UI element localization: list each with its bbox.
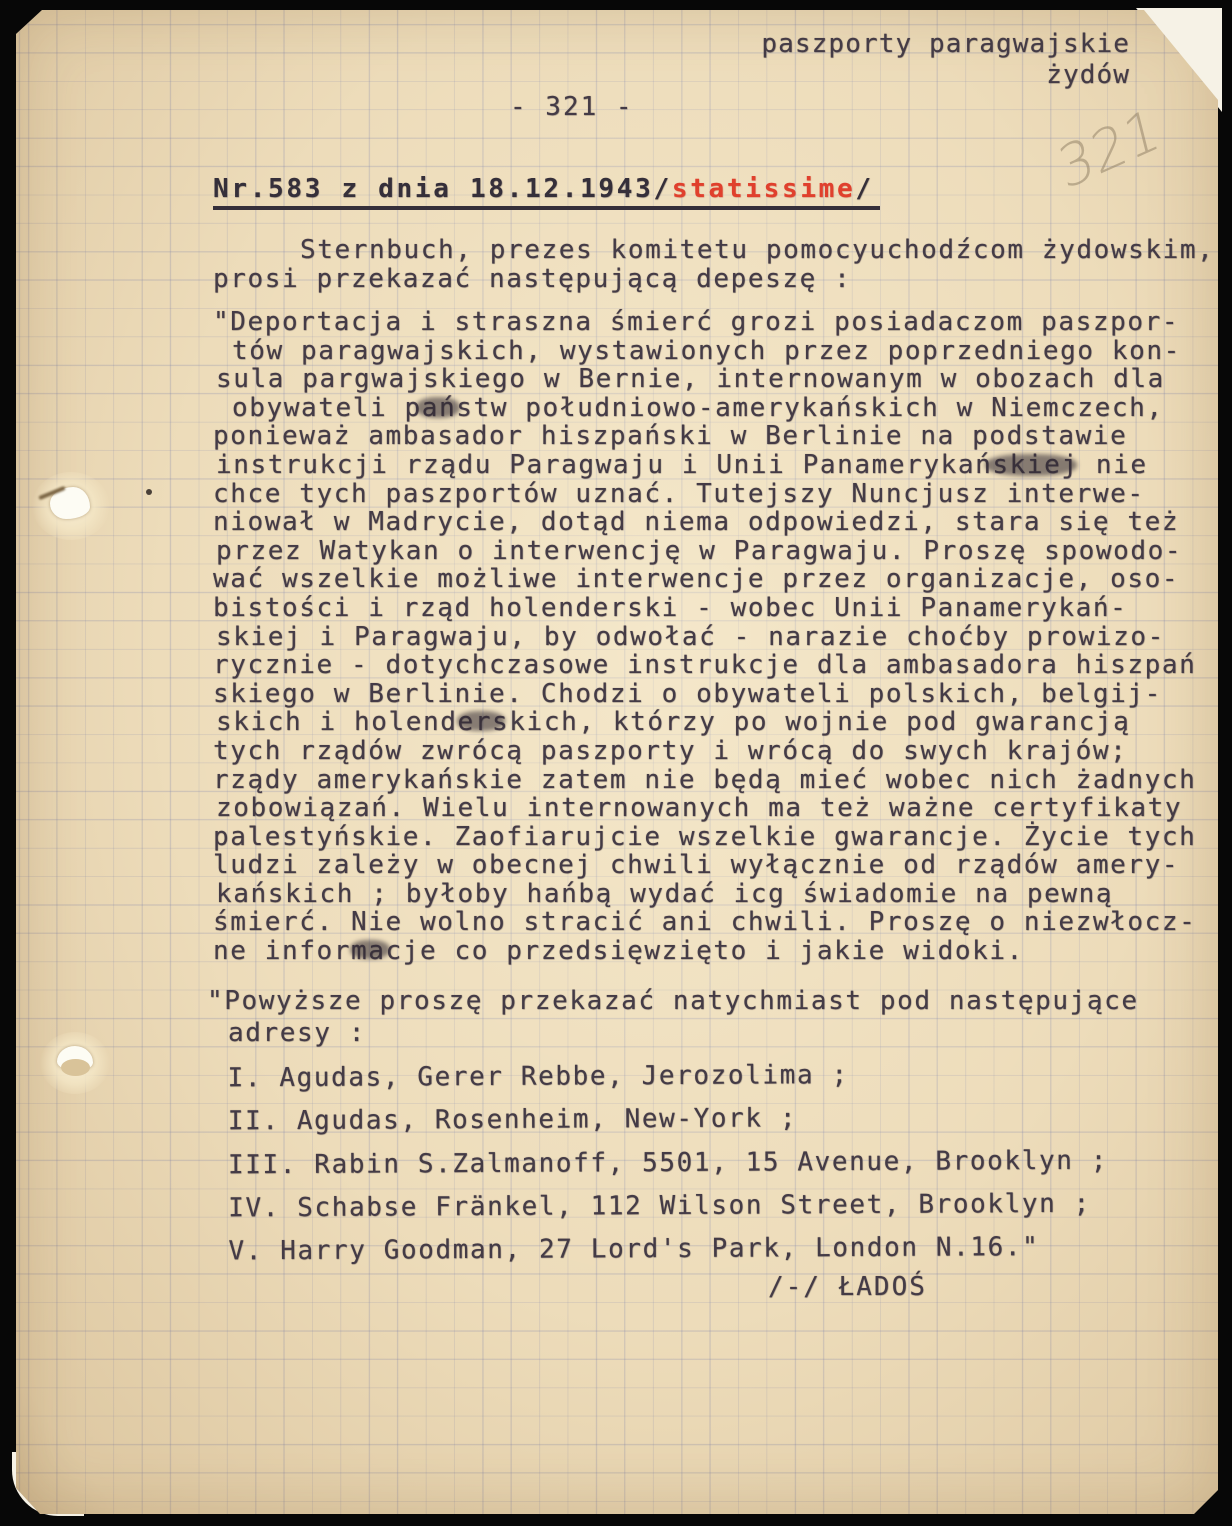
- address-line: III. Rabin S.Zalmanoff, 5501, 15 Avenue,…: [228, 1139, 1108, 1187]
- address-list: I. Agudas, Gerer Rebbe, Jerozolima ;II. …: [227, 1053, 1108, 1274]
- address-line: II. Agudas, Rosenheim, New-York ;: [228, 1096, 1108, 1144]
- forward-line: "Powyższe proszę przekazać natychmiast p…: [207, 985, 1139, 1017]
- telegram-body: "Deportacja i straszna śmierć grozi posi…: [213, 308, 1196, 966]
- body-line: zobowiązań. Wielu internowanych ma też w…: [216, 794, 1196, 823]
- body-line: przez Watykan o interwencję w Paragwaju.…: [216, 537, 1196, 566]
- body-line: niował w Madrycie, dotąd niema odpowiedz…: [213, 508, 1196, 537]
- intro-line: prosi przekazać następującą depeszę :: [213, 265, 1214, 294]
- address-line: V. Harry Goodman, 27 Lord's Park, London…: [228, 1226, 1108, 1274]
- photo-background: paszporty paragwajskie żydów - 321 - 321…: [0, 0, 1232, 1526]
- document-page: paszporty paragwajskie żydów - 321 - 321…: [16, 10, 1218, 1514]
- document-heading: Nr.583 z dnia 18.12.1943/statissime/: [213, 174, 880, 210]
- body-line: rządy amerykańskie zatem nie będą mieć w…: [213, 766, 1196, 795]
- page-number: - 321 -: [510, 92, 634, 122]
- body-line: tych rządów zwrócą paszporty i wrócą do …: [213, 737, 1196, 766]
- ink-smudge-overstrike: [350, 940, 390, 959]
- body-line: śmierć. Nie wolno stracić ani chwili. Pr…: [213, 908, 1196, 937]
- body-line: "Deportacja i straszna śmierć grozi posi…: [213, 308, 1196, 337]
- address-line: I. Agudas, Gerer Rebbe, Jerozolima ;: [227, 1053, 1107, 1101]
- body-line: palestyńskie. Zaofiarujcie wszelkie gwar…: [213, 823, 1196, 852]
- body-line: skich i holenderskich, którzy po wojnie …: [216, 708, 1196, 737]
- intro-paragraph: Sternbuch, prezes komitetu pomocyuchodźc…: [213, 236, 1214, 294]
- body-line: ponieważ ambasador hiszpański w Berlinie…: [213, 422, 1196, 451]
- ink-smudge-overstrike: [416, 397, 460, 418]
- body-line: chce tych paszportów uznać. Tutejszy Nun…: [213, 480, 1196, 509]
- body-line: wać wszelkie możliwe interwencje przez o…: [213, 565, 1196, 594]
- intro-line: Sternbuch, prezes komitetu pomocyuchodźc…: [213, 236, 1214, 265]
- address-line: IV. Schabse Fränkel, 112 Wilson Street, …: [228, 1183, 1108, 1231]
- heading-urgency-stamp: statissime: [672, 174, 856, 204]
- punch-hole-shadow: [61, 1059, 90, 1076]
- heading-suffix: /: [855, 174, 873, 204]
- pencil-mark: 321: [1054, 101, 1165, 200]
- forward-line: adresy :: [228, 1017, 1139, 1049]
- body-line: kańskich ; byłoby hańbą wydać icg świado…: [216, 880, 1196, 909]
- ink-smudge-overstrike: [985, 454, 1077, 476]
- body-line: tów paragwajskich, wystawionych przez po…: [232, 337, 1196, 366]
- body-line: ludzi zależy w obecnej chwili wyłącznie …: [213, 851, 1196, 880]
- heading-prefix: Nr.583 z dnia 18.12.1943/: [213, 174, 672, 204]
- ink-dot: [146, 489, 152, 495]
- annotation-line-2: żydów: [761, 60, 1130, 91]
- body-line: rycznie - dotychczasowe instrukcje dla a…: [213, 651, 1196, 680]
- body-line: bistości i rząd holenderski - wobec Unii…: [213, 594, 1196, 623]
- ink-smudge-overstrike: [457, 711, 505, 731]
- forward-paragraph: "Powyższe proszę przekazać natychmiast p…: [207, 985, 1139, 1049]
- body-line: skiego w Berlinie. Chodzi o obywateli po…: [213, 680, 1196, 709]
- signature: /-/ ŁADOŚ: [768, 1272, 927, 1302]
- archival-annotation: paszporty paragwajskie żydów: [761, 29, 1130, 91]
- body-line: skiej i Paragwaju, by odwołać - narazie …: [216, 623, 1196, 652]
- body-line: obywateli państw południowo-amerykańskic…: [232, 394, 1196, 423]
- annotation-line-1: paszporty paragwajskie: [761, 29, 1130, 60]
- body-line: sula pargwajskiego w Bernie, internowany…: [216, 365, 1196, 394]
